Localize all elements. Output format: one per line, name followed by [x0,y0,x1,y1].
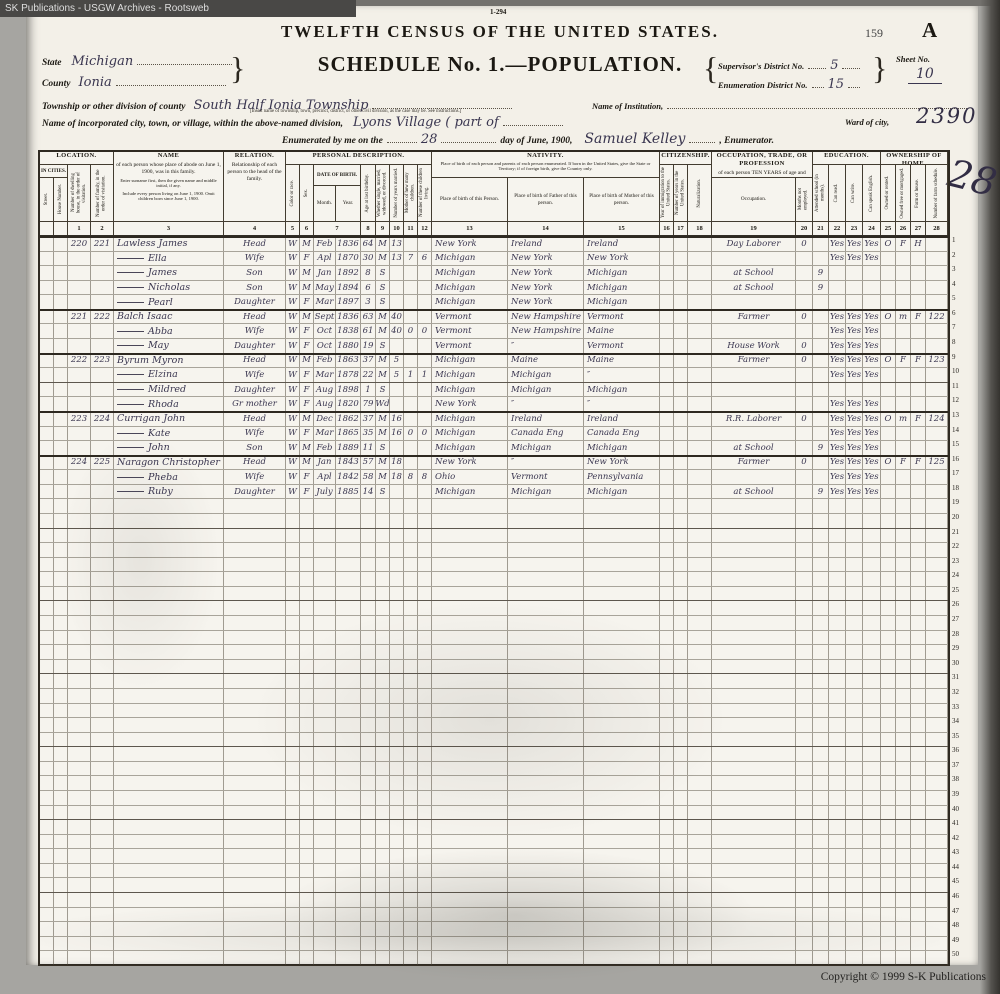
cell-value: 57 [363,457,374,467]
cell-fam [91,704,114,718]
cell-yr [336,704,361,718]
group-label: PERSONAL DESCRIPTION. [313,152,405,160]
cell-occ [712,704,796,718]
cell-occ: Farmer [712,456,796,470]
cell-name: Ruby [114,485,224,499]
cell-ym [390,339,404,353]
cell-value: 224 [94,414,110,424]
cell-value: 3 [365,297,370,307]
cell-street [40,456,54,470]
row-number: 47 [952,904,970,919]
cell-imm [660,354,674,368]
cell-value: Michigan [435,297,475,307]
cell-imm [660,383,674,397]
cell-mo [314,747,336,761]
cell-color [286,762,300,776]
cell-sch [813,237,829,251]
cell-own [881,514,896,528]
cell-dw [68,572,91,586]
cell-pb: Michigan [432,354,508,368]
cell-value: 6 [365,283,370,293]
cell-imm [660,908,674,922]
cell-liv [418,733,432,747]
cell-value: 19 [363,341,374,351]
cell-imm [660,674,674,688]
cell-mo [314,951,336,965]
cell-occ [712,427,796,441]
cell-nat [688,427,712,441]
cell-mo: Oct [314,339,336,353]
cell-sch [813,733,829,747]
cell-imm [660,631,674,645]
cell-value: New York [511,253,553,263]
cell-sch [813,456,829,470]
cell-street [40,806,54,820]
cell-occ: Day Laborer [712,237,796,251]
cell-mo: Feb [314,441,336,455]
cell-value: Yes [864,355,878,365]
cell-name: Elzina [114,368,224,382]
cell-house [54,660,68,674]
row-number: 50 [952,947,970,962]
cell-fm [896,368,911,382]
cell-name: Nicholas [114,281,224,295]
cell-yr [336,922,361,936]
cell-liv [418,514,432,528]
cell-value: Canada Eng [587,428,639,438]
cell-liv: 8 [418,470,432,484]
cell-name [114,878,224,892]
cell-occ: at School [712,266,796,280]
cell-liv [418,937,432,951]
cell-street [40,441,54,455]
cell-house [54,922,68,936]
cell-liv [418,266,432,280]
cell-mu: 0 [796,310,813,324]
cell-rel [224,674,286,688]
cell-mar [376,820,390,834]
cell-mu: 0 [796,354,813,368]
cell-mar: M [376,310,390,324]
cell-rel [224,543,286,557]
cell-mu [796,266,813,280]
cell-yus [674,514,688,528]
col-head-fh: Farm or house. [911,165,926,222]
cell-mb [584,499,660,513]
cell-dw [68,485,91,499]
cell-sch: 9 [813,281,829,295]
cell-house [54,937,68,951]
cell-dw: 224 [68,456,91,470]
cell-rd [829,878,846,892]
cell-fb [508,908,584,922]
cell-yus [674,572,688,586]
cell-mu [796,529,813,543]
cell-ym: 5 [390,354,404,368]
cell-value: Yes [864,370,878,380]
cell-dw [68,762,91,776]
cell-fh: F [911,354,926,368]
cell-value: at School [733,443,773,453]
cell-value: ″ [587,399,590,409]
cell-sex: M [300,310,314,324]
cell-imm [660,514,674,528]
cell-sex [300,922,314,936]
cell-dw: 221 [68,310,91,324]
cell-sch [813,572,829,586]
cell-value: 223 [71,414,87,424]
row-number: 36 [952,743,970,758]
cell-moth [404,397,418,411]
cell-sch [813,295,829,309]
cell-yr [336,718,361,732]
cell-rel [224,572,286,586]
group-head-citizenship-: CITIZENSHIP. [660,152,712,165]
cell-en: Yes [863,339,881,353]
col-head-house: House Number. [54,178,68,222]
cell-value: Vermont [435,341,472,351]
cell-occ [712,718,796,732]
cell-wr: Yes [846,310,863,324]
cell-en: Yes [863,412,881,426]
cell-value: S [380,487,386,497]
cell-value: 125 [928,457,944,467]
cell-rd: Yes [829,412,846,426]
cell-fs [926,747,948,761]
cell-value: Gr mother [232,399,277,409]
cell-pb: Vermont [432,324,508,338]
cell-value: Son [246,268,262,278]
cell-value: Sept [315,312,335,322]
cell-ym: 13 [390,237,404,251]
cell-value: 0 [422,326,427,336]
cell-fam [91,339,114,353]
cell-value: 221 [94,239,110,249]
cell-moth [404,689,418,703]
surname-ditto-line [117,302,144,303]
cell-liv [418,354,432,368]
cell-color [286,937,300,951]
cell-imm [660,310,674,324]
cell-rd [829,762,846,776]
cell-fs [926,893,948,907]
cell-color [286,806,300,820]
table-row [40,689,948,704]
cell-value: Head [243,355,266,365]
cell-moth [404,572,418,586]
surname-ditto-line [117,331,144,332]
cell-yr [336,864,361,878]
cell-pb [432,616,508,630]
cell-value: W [288,312,297,322]
cell-street [40,616,54,630]
cell-age [361,689,376,703]
cell-name: Mildred [114,383,224,397]
cell-wr: Yes [846,427,863,441]
cell-age [361,908,376,922]
cell-name [114,908,224,922]
cell-ym [390,616,404,630]
cell-nat [688,456,712,470]
cell-nat [688,281,712,295]
cell-house [54,776,68,790]
cell-mo [314,849,336,863]
cell-fb [508,733,584,747]
cell-name: Balch Isaac [114,310,224,324]
group-head-occupation-trade-or-profession: OCCUPATION, TRADE, OR PROFESSIONof each … [712,152,813,178]
cell-mar [376,704,390,718]
cell-fh [911,266,926,280]
cell-sch [813,747,829,761]
table-row [40,762,948,777]
cell-mb: New York [584,252,660,266]
cell-liv [418,762,432,776]
cell-mu: 0 [796,456,813,470]
cell-occ [712,397,796,411]
col-head-street: Street. [40,178,54,222]
cell-color [286,835,300,849]
cell-fs [926,295,948,309]
cell-street [40,689,54,703]
cell-yr: 1836 [336,237,361,251]
cell-fs [926,660,948,674]
cell-fs [926,587,948,601]
cell-imm [660,441,674,455]
cell-color [286,689,300,703]
given-name: Elzina [148,369,178,380]
table-row: RubyDaughterWFJuly188514SMichiganMichiga… [40,485,948,500]
cell-sex [300,908,314,922]
cell-yus [674,456,688,470]
cell-name [114,529,224,543]
cell-fh [911,791,926,805]
cell-fb [508,529,584,543]
cell-color [286,951,300,965]
cell-fh [911,281,926,295]
cell-fh [911,631,926,645]
row-number: 24 [952,568,970,583]
col-number-nat: 18 [688,222,712,235]
cell-ym [390,674,404,688]
cell-mo [314,558,336,572]
cell-dw: 220 [68,237,91,251]
cell-own [881,587,896,601]
cell-street [40,572,54,586]
cell-own: O [881,354,896,368]
cell-fam [91,878,114,892]
cell-age: 8 [361,266,376,280]
cell-value: Michigan [435,283,475,293]
cell-value: Lawless James [117,238,188,249]
cell-ym [390,733,404,747]
cell-age: 6 [361,281,376,295]
cell-fm [896,529,911,543]
cell-sex [300,806,314,820]
cell-en [863,616,881,630]
cell-fb [508,616,584,630]
cell-mb: New York [584,456,660,470]
cell-value: 0 [422,428,427,438]
cell-fam [91,572,114,586]
cell-age [361,806,376,820]
cell-yus [674,237,688,251]
cell-value: Yes [847,414,861,424]
col-number-mu: 20 [796,222,813,235]
col-number-fm: 26 [896,222,911,235]
cell-name [114,674,224,688]
cell-value: F [304,370,310,380]
cell-fh: H [911,237,926,251]
cell-value: Wife [245,253,264,263]
cell-fs [926,762,948,776]
cell-nat [688,660,712,674]
cell-value: F [915,457,921,467]
cell-mb [584,849,660,863]
cell-name [114,937,224,951]
cell-fam: 224 [91,412,114,426]
cell-own [881,689,896,703]
cell-color [286,543,300,557]
cell-mar [376,762,390,776]
cell-ym [390,835,404,849]
cell-mu [796,631,813,645]
cell-value: Michigan [435,443,475,453]
col-head-own: Owned or rented. [881,165,896,222]
cell-fs [926,849,948,863]
cell-color [286,616,300,630]
cell-value: Michigan [435,414,475,424]
cell-occ: Farmer [712,310,796,324]
table-row [40,543,948,558]
cell-fm [896,835,911,849]
cell-wr [846,806,863,820]
cell-value: 5 [394,355,399,365]
cell-ym [390,397,404,411]
cell-name [114,616,224,630]
cell-mb: Ireland [584,412,660,426]
cell-mb: Vermont [584,310,660,324]
cell-pb: New York [432,237,508,251]
cell-color [286,893,300,907]
cell-mb [584,718,660,732]
cell-age [361,820,376,834]
cell-street [40,601,54,615]
cell-sex [300,631,314,645]
cell-fs [926,645,948,659]
cell-fam [91,849,114,863]
cell-value: Michigan [587,443,627,453]
cell-fm: F [896,456,911,470]
cell-value: M [378,472,387,482]
cell-wr [846,820,863,834]
cell-value: R.R. Laborer [726,414,781,424]
cell-fh [911,893,926,907]
cell-fb [508,820,584,834]
cell-mar [376,776,390,790]
cell-wr [846,689,863,703]
cell-en [863,543,881,557]
cell-fam [91,485,114,499]
cell-value: Yes [864,312,878,322]
cell-moth [404,937,418,951]
cell-ym [390,485,404,499]
cell-rd: Yes [829,354,846,368]
cell-sch [813,660,829,674]
cell-ym [390,543,404,557]
cell-pb [432,776,508,790]
cell-color [286,849,300,863]
col-head-color: Color or race. [286,165,300,222]
cell-wr [846,295,863,309]
group-description: of each person whose place of abode on J… [114,162,223,176]
cell-en [863,747,881,761]
cell-fb [508,776,584,790]
col-number-mo: 7 [314,222,361,235]
cell-own [881,864,896,878]
surname-ditto-line [117,491,144,492]
cell-own [881,324,896,338]
cell-yus [674,470,688,484]
cell-wr [846,704,863,718]
cell-value: Yes [830,253,844,263]
cell-nat [688,951,712,965]
cell-imm [660,543,674,557]
cell-fh [911,922,926,936]
cell-value: 1 [408,370,413,380]
cell-own [881,937,896,951]
cell-value: 7 [408,253,413,263]
cell-mb: Michigan [584,295,660,309]
cell-dw [68,427,91,441]
cell-age [361,499,376,513]
cell-name: Ella [114,252,224,266]
cell-fb [508,951,584,965]
cell-yus [674,937,688,951]
col-number-moth: 11 [404,222,418,235]
cell-sch [813,631,829,645]
cell-nat [688,791,712,805]
cell-fs [926,922,948,936]
cell-own [881,747,896,761]
cell-pb [432,543,508,557]
cell-fs [926,324,948,338]
cell-fm [896,470,911,484]
cell-yus [674,616,688,630]
cell-fh [911,733,926,747]
cell-fs [926,383,948,397]
cell-occ [712,791,796,805]
cell-own [881,791,896,805]
cell-value: May [315,283,334,293]
cell-fam [91,893,114,907]
cell-mb [584,704,660,718]
cell-sch [813,470,829,484]
cell-value: Yes [847,443,861,453]
cell-imm [660,660,674,674]
group-head-location-: LOCATION. [40,152,114,165]
cell-liv [418,893,432,907]
cell-value: ″ [511,399,514,409]
cell-mu [796,324,813,338]
cell-value: Head [243,312,266,322]
cell-mb [584,660,660,674]
cell-nat [688,878,712,892]
cell-nat [688,295,712,309]
cell-fs [926,616,948,630]
col-number-imm: 16 [660,222,674,235]
cell-value: 1863 [337,355,359,365]
cell-dw [68,631,91,645]
